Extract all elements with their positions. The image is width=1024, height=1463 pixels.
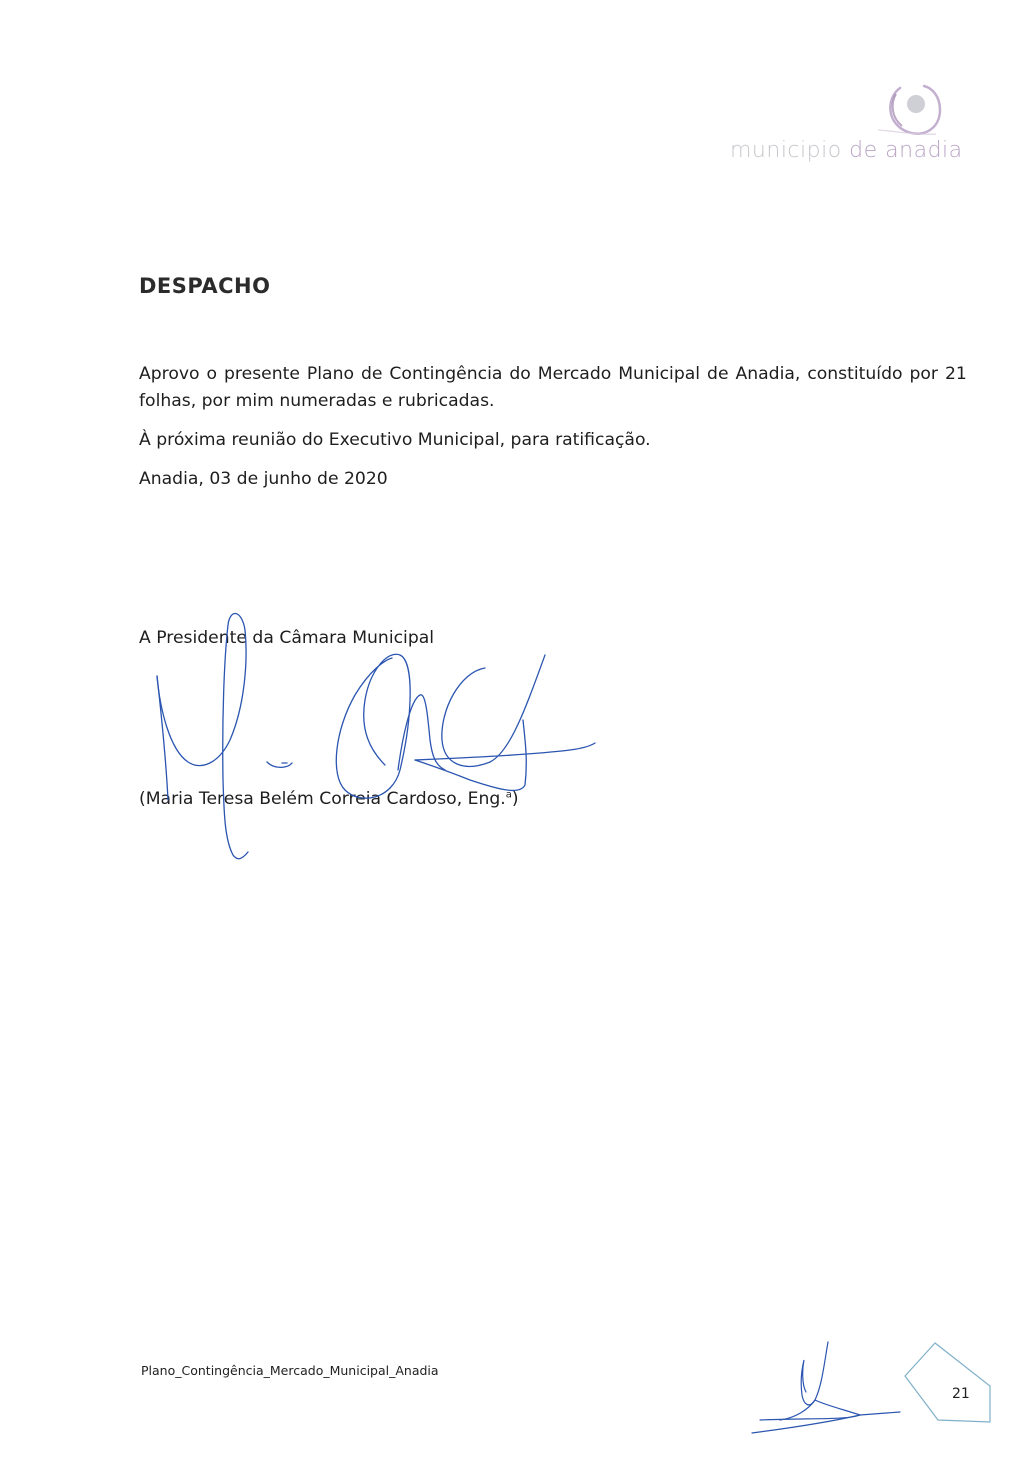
- signatory-role: A Presidente da Câmara Municipal: [139, 628, 434, 648]
- approval-paragraph-line-2: folhas, por mim numeradas e rubricadas.: [139, 388, 969, 415]
- page-number: 21: [952, 1386, 970, 1402]
- page-number-badge-shape: [900, 1338, 1000, 1430]
- approval-paragraph-line-1: AprovoopresentePlanodeContingênciadoMerc…: [139, 361, 967, 388]
- spiral-logo-icon: [878, 80, 948, 140]
- handwritten-initials-icon: [750, 1340, 910, 1460]
- word: por: [909, 361, 938, 388]
- word: Aprovo: [139, 361, 200, 388]
- word: Anadia,: [735, 361, 800, 388]
- word: do: [509, 361, 530, 388]
- ratification-paragraph: À próxima reunião do Executivo Municipal…: [139, 427, 651, 454]
- signatory-name: (Maria Teresa Belém Correia Cardoso, Eng…: [139, 789, 519, 809]
- footer-file-name: Plano_Contingência_Mercado_Municipal_Ana…: [141, 1363, 439, 1378]
- date-line: Anadia, 03 de junho de 2020: [139, 466, 388, 493]
- word: o: [207, 361, 218, 388]
- word: Mercado: [538, 361, 612, 388]
- word: Plano: [307, 361, 354, 388]
- word: constituído: [807, 361, 902, 388]
- approval-paragraph: AprovoopresentePlanodeContingênciadoMerc…: [139, 361, 969, 415]
- municipality-logo: municipio de anadia: [730, 80, 980, 165]
- document-title: DESPACHO: [139, 274, 270, 298]
- word: Municipal: [618, 361, 700, 388]
- word: presente: [224, 361, 300, 388]
- logo-wordmark: municipio de anadia: [730, 138, 963, 163]
- word: de: [361, 361, 382, 388]
- word: Contingência: [389, 361, 502, 388]
- word: 21: [945, 361, 967, 388]
- word: de: [707, 361, 728, 388]
